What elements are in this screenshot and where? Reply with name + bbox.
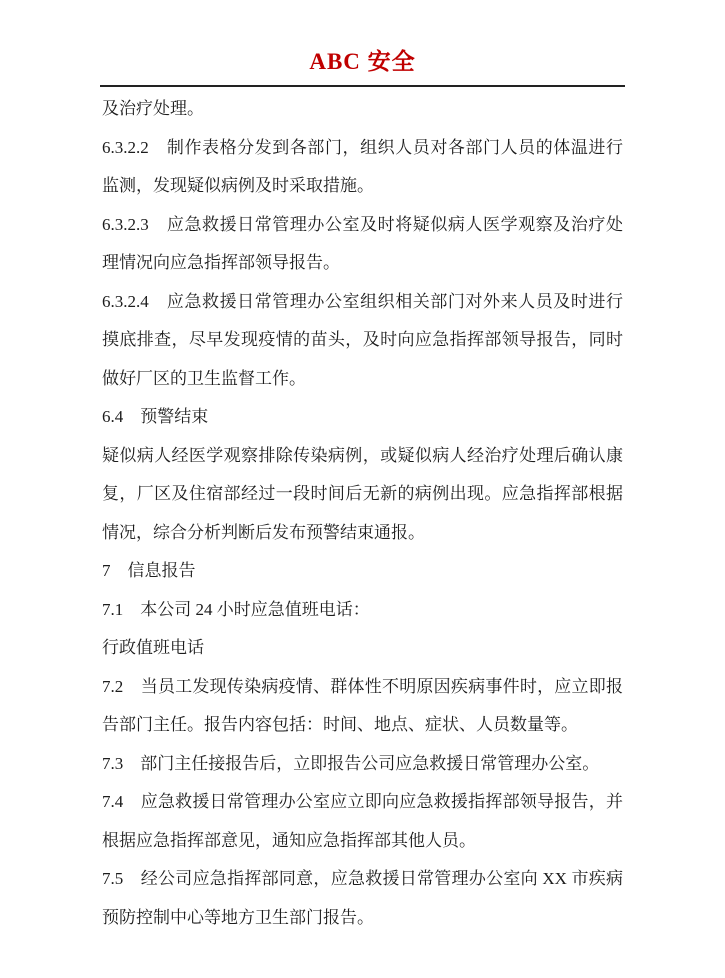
page-title: ABC 安全	[100, 49, 625, 75]
paragraph-duty-phone: 行政值班电话	[100, 629, 625, 668]
document-page: ABC 安全 及治疗处理。 6.3.2.2 制作表格分发到各部门，组织人员对各部…	[0, 0, 725, 978]
paragraph-6-3-2-3: 6.3.2.3 应急救援日常管理办公室及时将疑似病人医学观察及治疗处理情况向应急…	[100, 206, 625, 283]
paragraph-7-4: 7.4 应急救援日常管理办公室应立即向应急救援指挥部领导报告，并根据应急指挥部意…	[100, 783, 625, 860]
paragraph-7-3: 7.3 部门主任接报告后，立即报告公司应急救援日常管理办公室。	[100, 745, 625, 784]
heading-6-4: 6.4 预警结束	[100, 398, 625, 437]
paragraph-6-3-2-4: 6.3.2.4 应急救援日常管理办公室组织相关部门对外来人员及时进行摸底排查，尽…	[100, 283, 625, 399]
document-body: 及治疗处理。 6.3.2.2 制作表格分发到各部门，组织人员对各部门人员的体温进…	[100, 87, 625, 937]
document-header: ABC 安全	[100, 49, 625, 87]
heading-7: 7 信息报告	[100, 552, 625, 591]
paragraph-continuation: 及治疗处理。	[100, 90, 625, 129]
paragraph-7-1: 7.1 本公司 24 小时应急值班电话：	[100, 591, 625, 630]
paragraph-7-5: 7.5 经公司应急指挥部同意，应急救援日常管理办公室向 XX 市疾病预防控制中心…	[100, 860, 625, 937]
paragraph-6-3-2-2: 6.3.2.2 制作表格分发到各部门，组织人员对各部门人员的体温进行监测，发现疑…	[100, 129, 625, 206]
paragraph-7-2: 7.2 当员工发现传染病疫情、群体性不明原因疾病事件时，应立即报告部门主任。报告…	[100, 668, 625, 745]
paragraph-warning-end: 疑似病人经医学观察排除传染病例，或疑似病人经治疗处理后确认康复，厂区及住宿部经过…	[100, 437, 625, 553]
